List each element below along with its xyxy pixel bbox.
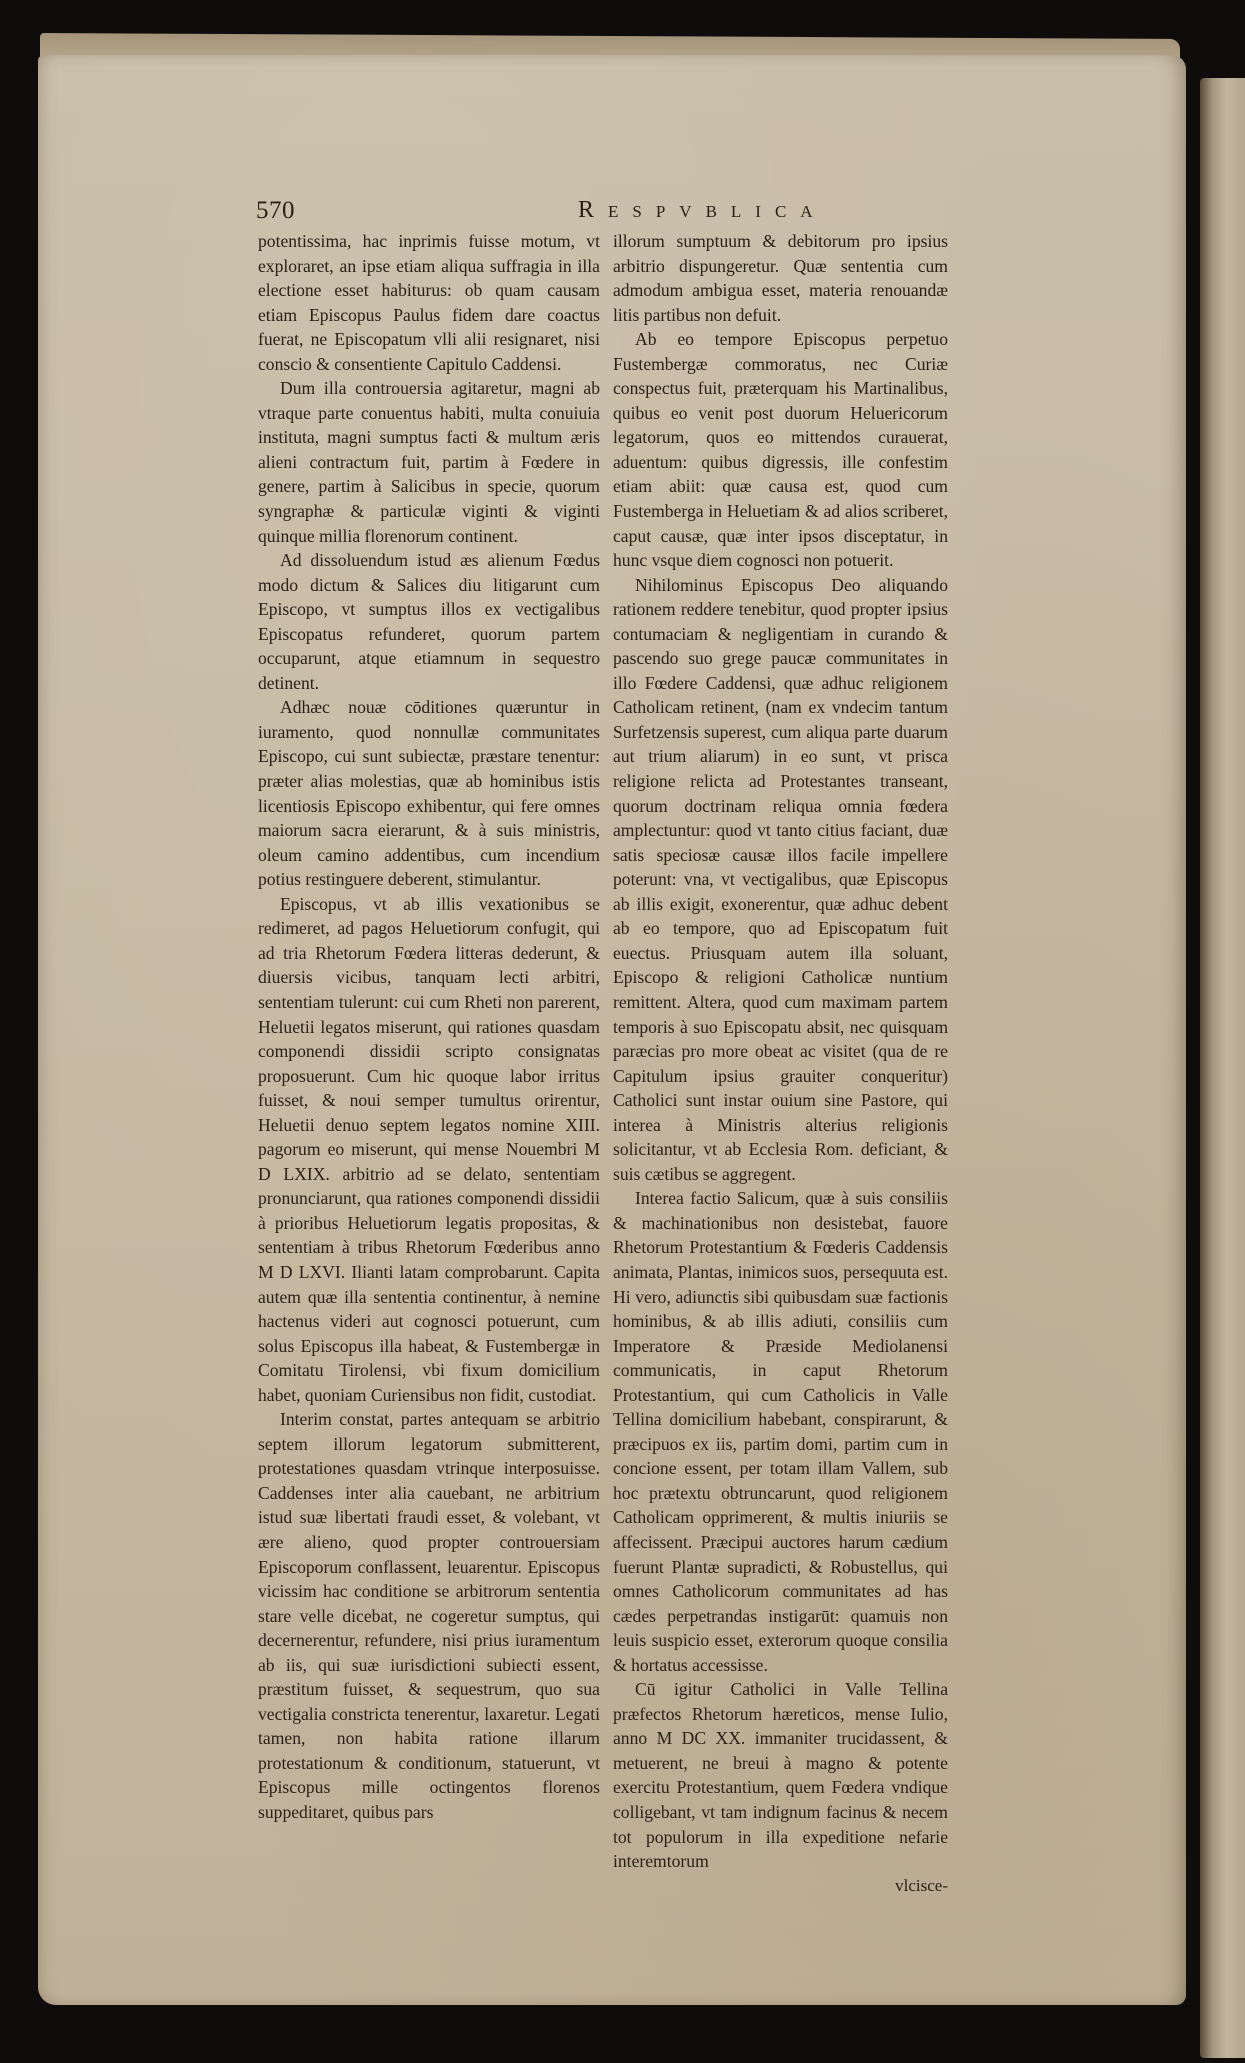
paragraph: Adhæc nouæ cōditiones quæruntur in iuram… <box>258 695 600 891</box>
catchword: vlcisce- <box>613 1874 948 1899</box>
paragraph: Interea factio Salicum, quæ à suis consi… <box>613 1186 948 1677</box>
text-block: 570 Respvblica potentissima, hac inprimi… <box>258 195 948 1898</box>
paragraph: Cū igitur Catholici in Valle Tellina præ… <box>613 1677 948 1873</box>
paragraph: Nihilominus Episcopus Deo aliquando rati… <box>613 573 948 1187</box>
paragraph: Ab eo tempore Episcopus perpetuo Fustemb… <box>613 327 948 572</box>
paragraph: Dum illa controuersia agitaretur, magni … <box>258 376 600 548</box>
two-column-body: potentissima, hac inprimis fuisse motum,… <box>258 229 948 1898</box>
book-page: 570 Respvblica potentissima, hac inprimi… <box>38 55 1186 2005</box>
right-column: illorum sumptuum & debitorum pro ipsius … <box>613 229 948 1898</box>
paragraph: illorum sumptuum & debitorum pro ipsius … <box>613 229 948 327</box>
paragraph: Ad dissoluendum istud æs alienum Fœdus m… <box>258 548 600 695</box>
paragraph: Interim constat, partes antequam se arbi… <box>258 1407 600 1824</box>
paragraph: Episcopus, vt ab illis vexationibus se r… <box>258 892 600 1407</box>
page-number: 570 <box>256 197 295 225</box>
left-column: potentissima, hac inprimis fuisse motum,… <box>258 229 600 1898</box>
page-header: 570 Respvblica <box>258 195 948 229</box>
running-head: Respvblica <box>578 197 827 224</box>
paragraph: potentissima, hac inprimis fuisse motum,… <box>258 229 600 376</box>
adjacent-page-edge <box>1200 78 1245 2058</box>
